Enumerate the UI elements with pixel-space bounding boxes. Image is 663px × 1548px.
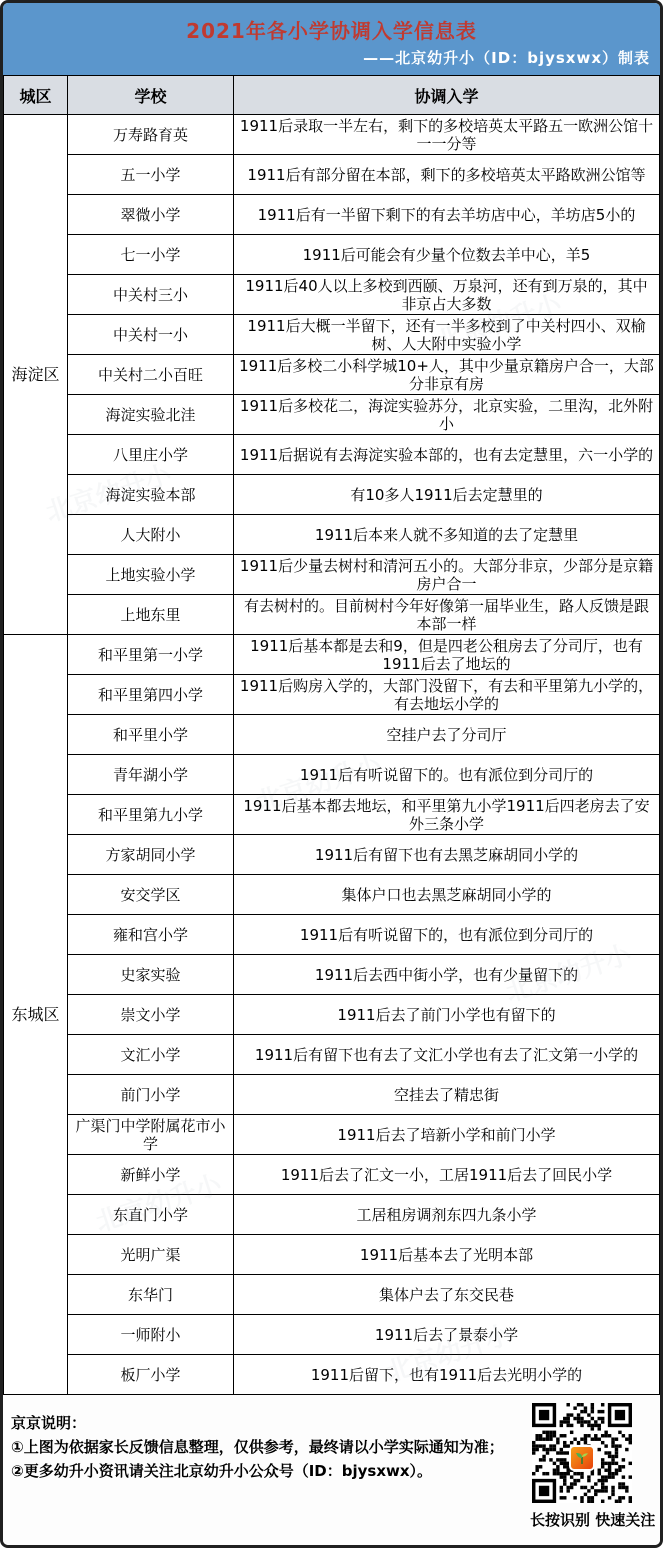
school-cell: 文汇小学 (68, 1035, 234, 1075)
school-cell: 海淀实验本部 (68, 475, 234, 515)
district-cell: 海淀区 (4, 115, 68, 635)
info-cell: 1911后有留下也有去了文汇小学也有去了汇文第一小学的 (234, 1035, 660, 1075)
table-row: 东城区和平里第一小学1911后基本都是去和9，但是四老公租房去了分司厅，也有19… (4, 635, 660, 675)
info-cell: 空挂去了精忠街 (234, 1075, 660, 1115)
school-cell: 中关村二小百旺 (68, 355, 234, 395)
table-row: 七一小学1911后可能会有少量个位数去羊中心，羊5 (4, 235, 660, 275)
info-cell: 1911后基本都是去和9，但是四老公租房去了分司厅，也有1911后去了地坛的 (234, 635, 660, 675)
table-row: 崇文小学1911后去了前门小学也有留下的 (4, 995, 660, 1035)
school-cell: 上地实验小学 (68, 555, 234, 595)
table-row: 安交学区集体户口也去黑芝麻胡同小学的 (4, 875, 660, 915)
school-cell: 前门小学 (68, 1075, 234, 1115)
school-cell: 万寿路育英 (68, 115, 234, 155)
table-row: 新鲜小学1911后去了汇文一小，工居1911后去了回民小学 (4, 1155, 660, 1195)
school-cell: 中关村一小 (68, 315, 234, 355)
table-row: 方家胡同小学1911后有留下也有去黑芝麻胡同小学的 (4, 835, 660, 875)
table-row: 广渠门中学附属花市小学1911后去了培新小学和前门小学 (4, 1115, 660, 1155)
table-row: 和平里第九小学1911后基本都去地坛，和平里第九小学1911后四老房去了安外三条… (4, 795, 660, 835)
table-row: 八里庄小学1911后据说有去海淀实验本部的，也有去定慧里，六一小学的 (4, 435, 660, 475)
info-cell: 1911后本来人就不多知道的去了定慧里 (234, 515, 660, 555)
footer-notes: 京京说明： ①上图为依据家长反馈信息整理，仅供参考，最终请以小学实际通知为准； … (3, 1395, 660, 1548)
sprout-icon (574, 1450, 590, 1466)
school-cell: 广渠门中学附属花市小学 (68, 1115, 234, 1155)
school-cell: 八里庄小学 (68, 435, 234, 475)
school-cell: 光明广渠 (68, 1235, 234, 1275)
district-cell: 东城区 (4, 635, 68, 1395)
info-cell: 1911后多校二小科学城10+人，其中少量京籍房户合一，大部分非京有房 (234, 355, 660, 395)
table-row: 东直门小学工居租房调剂东四九条小学 (4, 1195, 660, 1235)
table-row: 海淀区万寿路育英1911后录取一半左右，剩下的多校培英太平路五一欧洲公馆十一一分… (4, 115, 660, 155)
info-cell: 1911后有部分留在本部，剩下的多校培英太平路欧洲公馆等 (234, 155, 660, 195)
info-cell: 1911后少量去树村和清河五小的。大部分非京，少部分是京籍房户合一 (234, 555, 660, 595)
title-banner: 2021年各小学协调入学信息表 ——北京幼升小（ID：bjysxwx）制表 (3, 3, 660, 75)
school-cell: 新鲜小学 (68, 1155, 234, 1195)
qr-code-block: 长按识别 快速关注 (530, 1403, 634, 1530)
info-cell: 1911后购房入学的，大部门没留下，有去和平里第九小学的，有去地坛小学的 (234, 675, 660, 715)
page-title: 2021年各小学协调入学信息表 (3, 3, 660, 44)
column-header-enrollment: 协调入学 (234, 76, 660, 115)
table-row: 雍和宫小学1911后有听说留下的，也有派位到分司厅的 (4, 915, 660, 955)
school-cell: 史家实验 (68, 955, 234, 995)
table-row: 一师附小1911后去了景泰小学 (4, 1315, 660, 1355)
info-cell: 1911后有听说留下的。也有派位到分司厅的 (234, 755, 660, 795)
school-cell: 板厂小学 (68, 1355, 234, 1395)
info-cell: 集体户去了东交民巷 (234, 1275, 660, 1315)
school-cell: 青年湖小学 (68, 755, 234, 795)
info-cell: 1911后基本都去地坛，和平里第九小学1911后四老房去了安外三条小学 (234, 795, 660, 835)
info-cell: 1911后去了培新小学和前门小学 (234, 1115, 660, 1155)
infographic-page: 2021年各小学协调入学信息表 ——北京幼升小（ID：bjysxwx）制表 城区… (0, 0, 663, 1548)
school-cell: 人大附小 (68, 515, 234, 555)
table-row: 东华门集体户去了东交民巷 (4, 1275, 660, 1315)
table-row: 前门小学空挂去了精忠街 (4, 1075, 660, 1115)
school-cell: 上地东里 (68, 595, 234, 635)
table-row: 海淀实验北洼1911后多校花二，海淀实验苏分，北京实验，二里沟，北外附小 (4, 395, 660, 435)
info-cell: 1911后去了景泰小学 (234, 1315, 660, 1355)
info-cell: 空挂户去了分司厅 (234, 715, 660, 755)
school-cell: 雍和宫小学 (68, 915, 234, 955)
table-header-row: 城区 学校 协调入学 (4, 76, 660, 115)
table-row: 人大附小1911后本来人就不多知道的去了定慧里 (4, 515, 660, 555)
enrollment-table-body: 海淀区万寿路育英1911后录取一半左右，剩下的多校培英太平路五一欧洲公馆十一一分… (4, 115, 660, 1395)
table-row: 和平里小学空挂户去了分司厅 (4, 715, 660, 755)
table-row: 中关村一小1911后大概一半留下，还有一半多校到了中关村四小、双榆树、人大附中实… (4, 315, 660, 355)
info-cell: 1911后去了汇文一小，工居1911后去了回民小学 (234, 1155, 660, 1195)
info-cell: 1911后大概一半留下，还有一半多校到了中关村四小、双榆树、人大附中实验小学 (234, 315, 660, 355)
info-cell: 1911后可能会有少量个位数去羊中心，羊5 (234, 235, 660, 275)
table-row: 板厂小学1911后留下，也有1911后去光明小学的 (4, 1355, 660, 1395)
table-row: 翠微小学1911后有一半留下剩下的有去羊坊店中心，羊坊店5小的 (4, 195, 660, 235)
info-cell: 1911后40人以上多校到西颐、万泉河，还有到万泉的，其中非京占大多数 (234, 275, 660, 315)
info-cell: 1911后去西中街小学，也有少量留下的 (234, 955, 660, 995)
school-cell: 五一小学 (68, 155, 234, 195)
qr-center-logo-icon (569, 1445, 595, 1471)
column-header-district: 城区 (4, 76, 68, 115)
info-cell: 1911后留下，也有1911后去光明小学的 (234, 1355, 660, 1395)
school-cell: 海淀实验北洼 (68, 395, 234, 435)
info-cell: 1911后有一半留下剩下的有去羊坊店中心，羊坊店5小的 (234, 195, 660, 235)
school-cell: 翠微小学 (68, 195, 234, 235)
school-cell: 安交学区 (68, 875, 234, 915)
table-row: 光明广渠1911后基本去了光明本部 (4, 1235, 660, 1275)
column-header-school: 学校 (68, 76, 234, 115)
table-row: 和平里第四小学1911后购房入学的，大部门没留下，有去和平里第九小学的，有去地坛… (4, 675, 660, 715)
info-cell: 工居租房调剂东四九条小学 (234, 1195, 660, 1235)
info-cell: 集体户口也去黑芝麻胡同小学的 (234, 875, 660, 915)
info-cell: 1911后有留下也有去黑芝麻胡同小学的 (234, 835, 660, 875)
table-row: 史家实验1911后去西中街小学，也有少量留下的 (4, 955, 660, 995)
school-cell: 方家胡同小学 (68, 835, 234, 875)
info-cell: 1911后有听说留下的，也有派位到分司厅的 (234, 915, 660, 955)
school-cell: 东华门 (68, 1275, 234, 1315)
table-row: 五一小学1911后有部分留在本部，剩下的多校培英太平路欧洲公馆等 (4, 155, 660, 195)
school-cell: 和平里第九小学 (68, 795, 234, 835)
info-cell: 1911后录取一半左右，剩下的多校培英太平路五一欧洲公馆十一一分等 (234, 115, 660, 155)
school-cell: 崇文小学 (68, 995, 234, 1035)
table-row: 海淀实验本部有10多人1911后去定慧里的 (4, 475, 660, 515)
info-cell: 1911后基本去了光明本部 (234, 1235, 660, 1275)
table-row: 中关村三小1911后40人以上多校到西颐、万泉河，还有到万泉的，其中非京占大多数 (4, 275, 660, 315)
info-cell: 有10多人1911后去定慧里的 (234, 475, 660, 515)
page-subtitle: ——北京幼升小（ID：bjysxwx）制表 (363, 47, 650, 68)
table-row: 文汇小学1911后有留下也有去了文汇小学也有去了汇文第一小学的 (4, 1035, 660, 1075)
school-cell: 和平里第四小学 (68, 675, 234, 715)
info-cell: 1911后去了前门小学也有留下的 (234, 995, 660, 1035)
school-cell: 东直门小学 (68, 1195, 234, 1235)
table-row: 上地东里有去树村的。目前树村今年好像第一届毕业生，路人反馈是跟本部一样 (4, 595, 660, 635)
school-cell: 一师附小 (68, 1315, 234, 1355)
table-row: 上地实验小学1911后少量去树村和清河五小的。大部分非京，少部分是京籍房户合一 (4, 555, 660, 595)
table-row: 青年湖小学1911后有听说留下的。也有派位到分司厅的 (4, 755, 660, 795)
school-cell: 七一小学 (68, 235, 234, 275)
enrollment-table: 城区 学校 协调入学 海淀区万寿路育英1911后录取一半左右，剩下的多校培英太平… (3, 75, 660, 1395)
info-cell: 1911后多校花二，海淀实验苏分，北京实验，二里沟，北外附小 (234, 395, 660, 435)
qr-caption: 长按识别 快速关注 (530, 1509, 634, 1530)
school-cell: 中关村三小 (68, 275, 234, 315)
school-cell: 和平里第一小学 (68, 635, 234, 675)
school-cell: 和平里小学 (68, 715, 234, 755)
table-row: 中关村二小百旺1911后多校二小科学城10+人，其中少量京籍房户合一，大部分非京… (4, 355, 660, 395)
info-cell: 1911后据说有去海淀实验本部的，也有去定慧里，六一小学的 (234, 435, 660, 475)
info-cell: 有去树村的。目前树村今年好像第一届毕业生，路人反馈是跟本部一样 (234, 595, 660, 635)
